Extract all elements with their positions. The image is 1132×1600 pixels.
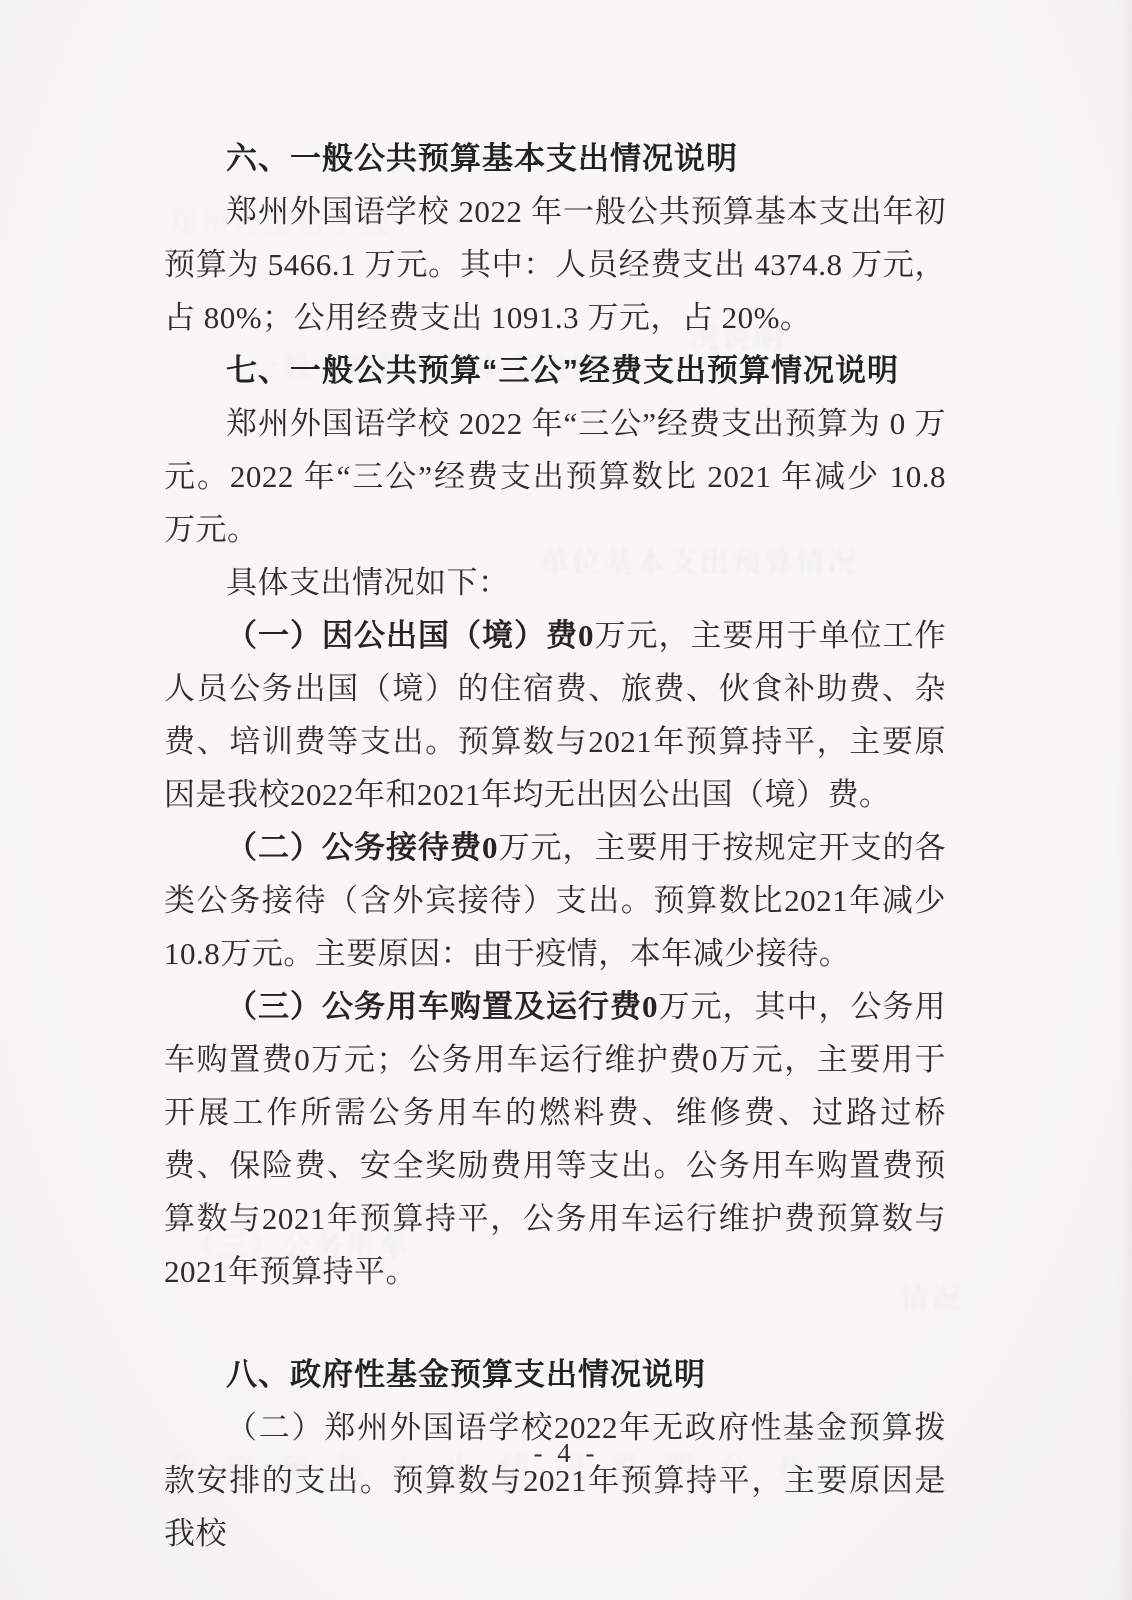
section-heading-three-public-funds: 七、一般公共预算“三公”经费支出预算情况说明 (164, 344, 946, 397)
paragraph-official-reception-lead: （二）公务接待费0 (226, 830, 498, 865)
paragraph-overseas-travel-lead: （一）因公出国（境）费0 (226, 618, 594, 653)
paragraph-three-public-summary: 郑州外国语学校 2022 年“三公”经费支出预算为 0 万元。2022 年“三公… (164, 397, 946, 556)
document-page: 郑州外国语学校 况说明 一般公共预算基本支出情况 单位基本支出预算情况 （三）公… (0, 0, 1132, 1600)
paragraph-official-vehicles: （三）公务用车购置及运行费0万元，其中，公务用车购置费0万元；公务用车运行维护费… (164, 980, 946, 1298)
section-heading-government-fund: 八、政府性基金预算支出情况说明 (164, 1348, 946, 1401)
paragraph-detail-intro: 具体支出情况如下： (164, 556, 946, 609)
paragraph-official-vehicles-body: 万元，其中，公务用车购置费0万元；公务用车运行维护费0万元，主要用于开展工作所需… (164, 989, 946, 1289)
paragraph-official-reception: （二）公务接待费0万元，主要用于按规定开支的各类公务接待（含外宾接待）支出。预算… (164, 821, 946, 980)
paragraph-government-fund: （二）郑州外国语学校2022年无政府性基金预算拨款安排的支出。预算数与2021年… (164, 1401, 946, 1560)
document-content: 六、一般公共预算基本支出情况说明 郑州外国语学校 2022 年一般公共预算基本支… (164, 132, 946, 1560)
page-number: - 4 - (0, 1438, 1132, 1469)
paragraph-overseas-travel: （一）因公出国（境）费0万元，主要用于单位工作人员公务出国（境）的住宿费、旅费、… (164, 609, 946, 821)
section-heading-basic-expenditure: 六、一般公共预算基本支出情况说明 (164, 132, 946, 185)
paragraph-official-vehicles-lead: （三）公务用车购置及运行费0 (226, 989, 658, 1024)
paragraph-basic-expenditure: 郑州外国语学校 2022 年一般公共预算基本支出年初预算为 5466.1 万元。… (164, 185, 946, 344)
